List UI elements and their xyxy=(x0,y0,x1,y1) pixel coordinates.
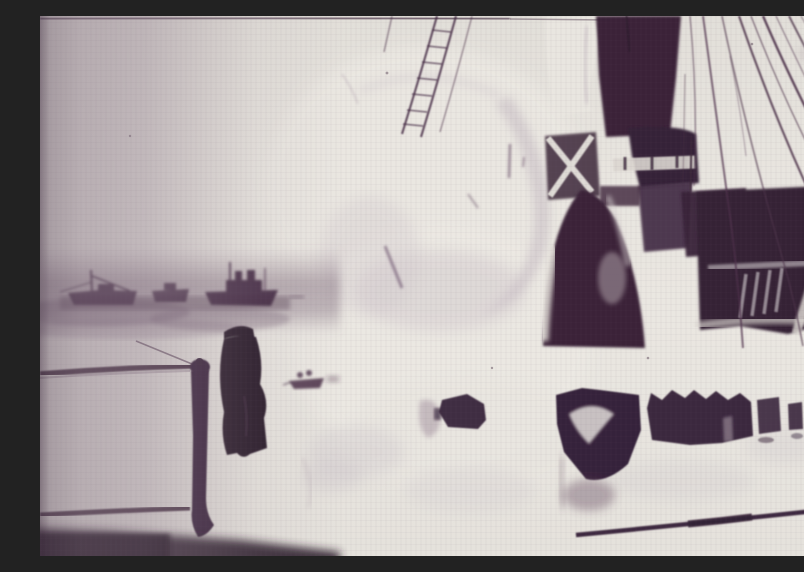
film-grain xyxy=(40,16,804,556)
photograph: Historical photograph of a warship's dec… xyxy=(40,16,804,556)
